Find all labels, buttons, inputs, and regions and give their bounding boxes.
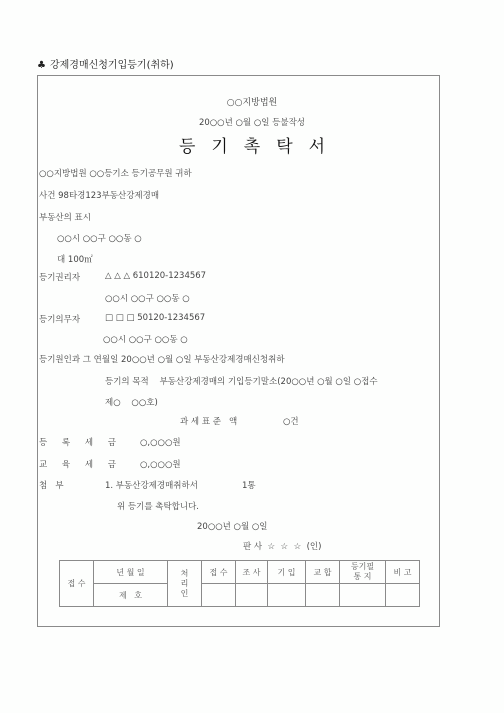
request-text: 위 등기를 촉탁합니다.: [117, 500, 199, 512]
cell-receipt: [202, 584, 236, 607]
education-tax-value: ○,○○○원: [140, 458, 181, 470]
attachment-count: 1통: [242, 479, 256, 491]
col-review: 조 사: [236, 561, 268, 584]
handler-header: 처 리 인: [168, 561, 202, 607]
document-frame: [37, 75, 440, 627]
registration-tax-label: 등 록 세 금: [39, 436, 122, 448]
registration-cause: 등기원인과 그 연월일 20○○년 ○월 ○일 부동산강제경매신청취하: [39, 353, 285, 365]
rights-holder-name: △ △ △ 610120-1234567: [105, 271, 206, 281]
court-name: ○○지방법원: [0, 95, 504, 108]
cell-entry: [268, 584, 306, 607]
date-line: 20○○년 ○월 ○일 등불작성: [0, 116, 504, 128]
club-icon: ♣: [37, 60, 46, 71]
registration-tax-value: ○,○○○원: [140, 436, 181, 448]
document-heading: ♣강제경매신청기입등기(취하): [37, 56, 174, 71]
rights-holder-address: ○○시 ○○구 ○○동 ○: [105, 292, 190, 304]
property-area: 대 100㎡: [57, 253, 93, 265]
property-address: ○○시 ○○구 ○○동 ○: [57, 232, 142, 244]
registration-purpose-line1: 등기의 목적 부동산강제경매의 기입등기말소(20○○년 ○월 ○일 ○접수: [105, 375, 378, 387]
education-tax-label: 교 육 세 금: [39, 458, 122, 470]
addressee: ○○지방법원 ○○등기소 등기공무원 귀하: [39, 167, 192, 179]
registry-processing-table: 접 수 년 월 일 처 리 인 접 수 조 사 기 입 교 합 등기필 통 지 …: [59, 560, 420, 607]
obligor-label: 등기의무자: [39, 313, 80, 325]
attachment-label: 첨 부: [39, 479, 64, 491]
tax-base-label: 과 세 표 준 액: [180, 415, 237, 427]
registration-purpose-line2: 제○ ○○호): [105, 396, 158, 408]
tax-base-value: ○건: [283, 415, 299, 427]
obligor-address: ○○시 ○○구 ○○동 ○: [103, 333, 188, 345]
col-collation: 교 합: [306, 561, 340, 584]
document-title: 등기촉탁서: [0, 132, 504, 157]
number-header: 제 호: [94, 584, 168, 607]
cell-collation: [306, 584, 340, 607]
sign-date: 20○○년 ○월 ○일: [197, 520, 268, 532]
cell-notice: [340, 584, 386, 607]
col-receipt: 접 수: [202, 561, 236, 584]
case-number: 사건 98타경123부동산강제경매: [39, 189, 159, 201]
receipt-header: 접 수: [60, 561, 94, 607]
attachment-item: 1. 부동산강제경매취하서: [105, 479, 198, 491]
property-label: 부동산의 표시: [39, 211, 91, 223]
col-remarks: 비 고: [386, 561, 420, 584]
col-entry: 기 입: [268, 561, 306, 584]
rights-holder-label: 등기권리자: [39, 271, 80, 283]
heading-text: 강제경매신청기입등기(취하): [50, 60, 174, 71]
col-notice: 등기필 통 지: [340, 561, 386, 584]
judge-signature: 판 사 ☆ ☆ ☆ (인): [243, 540, 321, 552]
cell-remarks: [386, 584, 420, 607]
cell-review: [236, 584, 268, 607]
obligor-name: □ □ □ 50120-1234567: [105, 313, 205, 323]
ymd-header: 년 월 일: [94, 561, 168, 584]
